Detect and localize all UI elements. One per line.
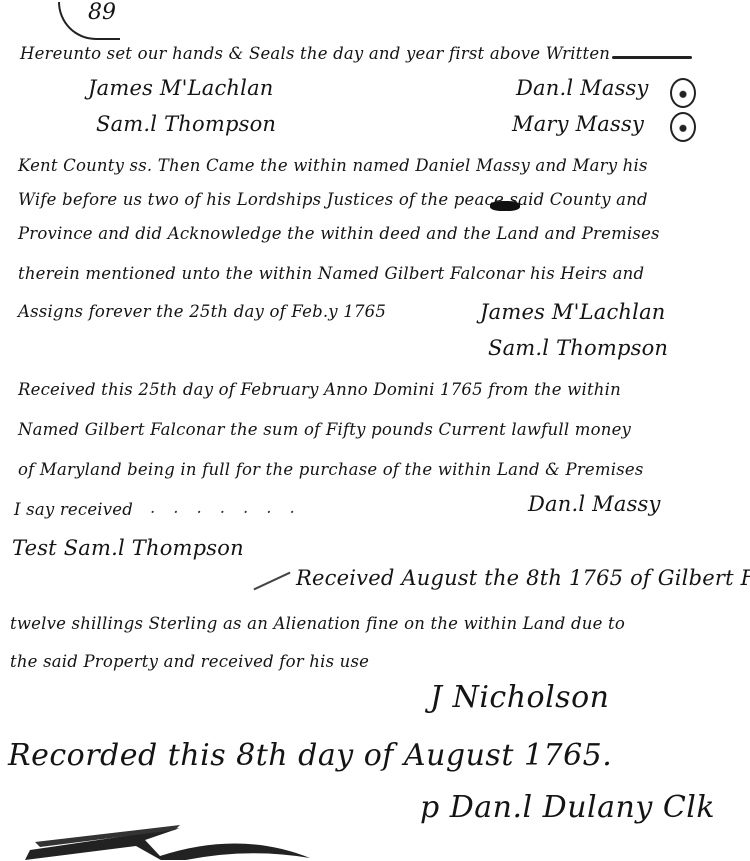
witness-signature-thompson: Sam.l Thompson — [96, 112, 276, 136]
recording-statement: Recorded this 8th day of August 1765. — [8, 738, 612, 773]
acknowledgement-line-1: Kent County ss. Then Came the within nam… — [18, 156, 648, 175]
acknowledgement-line-5: Assigns forever the 25th day of Feb.y 17… — [18, 302, 386, 321]
alienation-receipt-line-1: Received August the 8th 1765 of Gilbert … — [296, 566, 750, 590]
signature-daniel-massy: Dan.l Massy — [516, 76, 649, 100]
folio-number: 89 — [58, 2, 120, 40]
test-witness-thompson: Test Sam.l Thompson — [12, 536, 244, 560]
acknowledgement-line-4: therein mentioned unto the within Named … — [18, 264, 644, 283]
alienation-receipt-line-3: the said Property and received for his u… — [10, 652, 369, 671]
wax-seal-icon — [670, 78, 696, 108]
acknowledgement-line-3: Province and did Acknowledge the within … — [18, 224, 660, 243]
alienation-receipt-line-2: twelve shillings Sterling as an Alienati… — [10, 614, 625, 633]
ink-flourish-mark — [10, 800, 330, 860]
receipt-line-2: Named Gilbert Falconar the sum of Fifty … — [18, 420, 631, 439]
justice-signature-thompson: Sam.l Thompson — [488, 336, 668, 360]
flourish-line — [253, 572, 290, 591]
receipt-line-1: Received this 25th day of February Anno … — [18, 380, 621, 399]
witness-signature-mclachlan: James M'Lachlan — [88, 76, 274, 100]
receipt-line-4: I say received — [14, 500, 133, 519]
acknowledgement-line-2: Wife before us two of his Lordships Just… — [18, 190, 648, 209]
wax-seal-icon — [670, 112, 696, 142]
dotted-leader: ....... — [150, 498, 313, 517]
receipt-signature-daniel-massy: Dan.l Massy — [528, 492, 661, 516]
justice-signature-mclachlan: James M'Lachlan — [480, 300, 666, 324]
flourish-line — [612, 56, 692, 59]
ink-blot — [490, 201, 520, 211]
signature-nicholson: J Nicholson — [430, 680, 609, 715]
attestation-clause: Hereunto set our hands & Seals the day a… — [20, 44, 610, 63]
receipt-line-3: of Maryland being in full for the purcha… — [18, 460, 644, 479]
clerk-signature-dulany: p Dan.l Dulany Clk — [420, 790, 715, 825]
signature-mary-massy: Mary Massy — [512, 112, 644, 136]
